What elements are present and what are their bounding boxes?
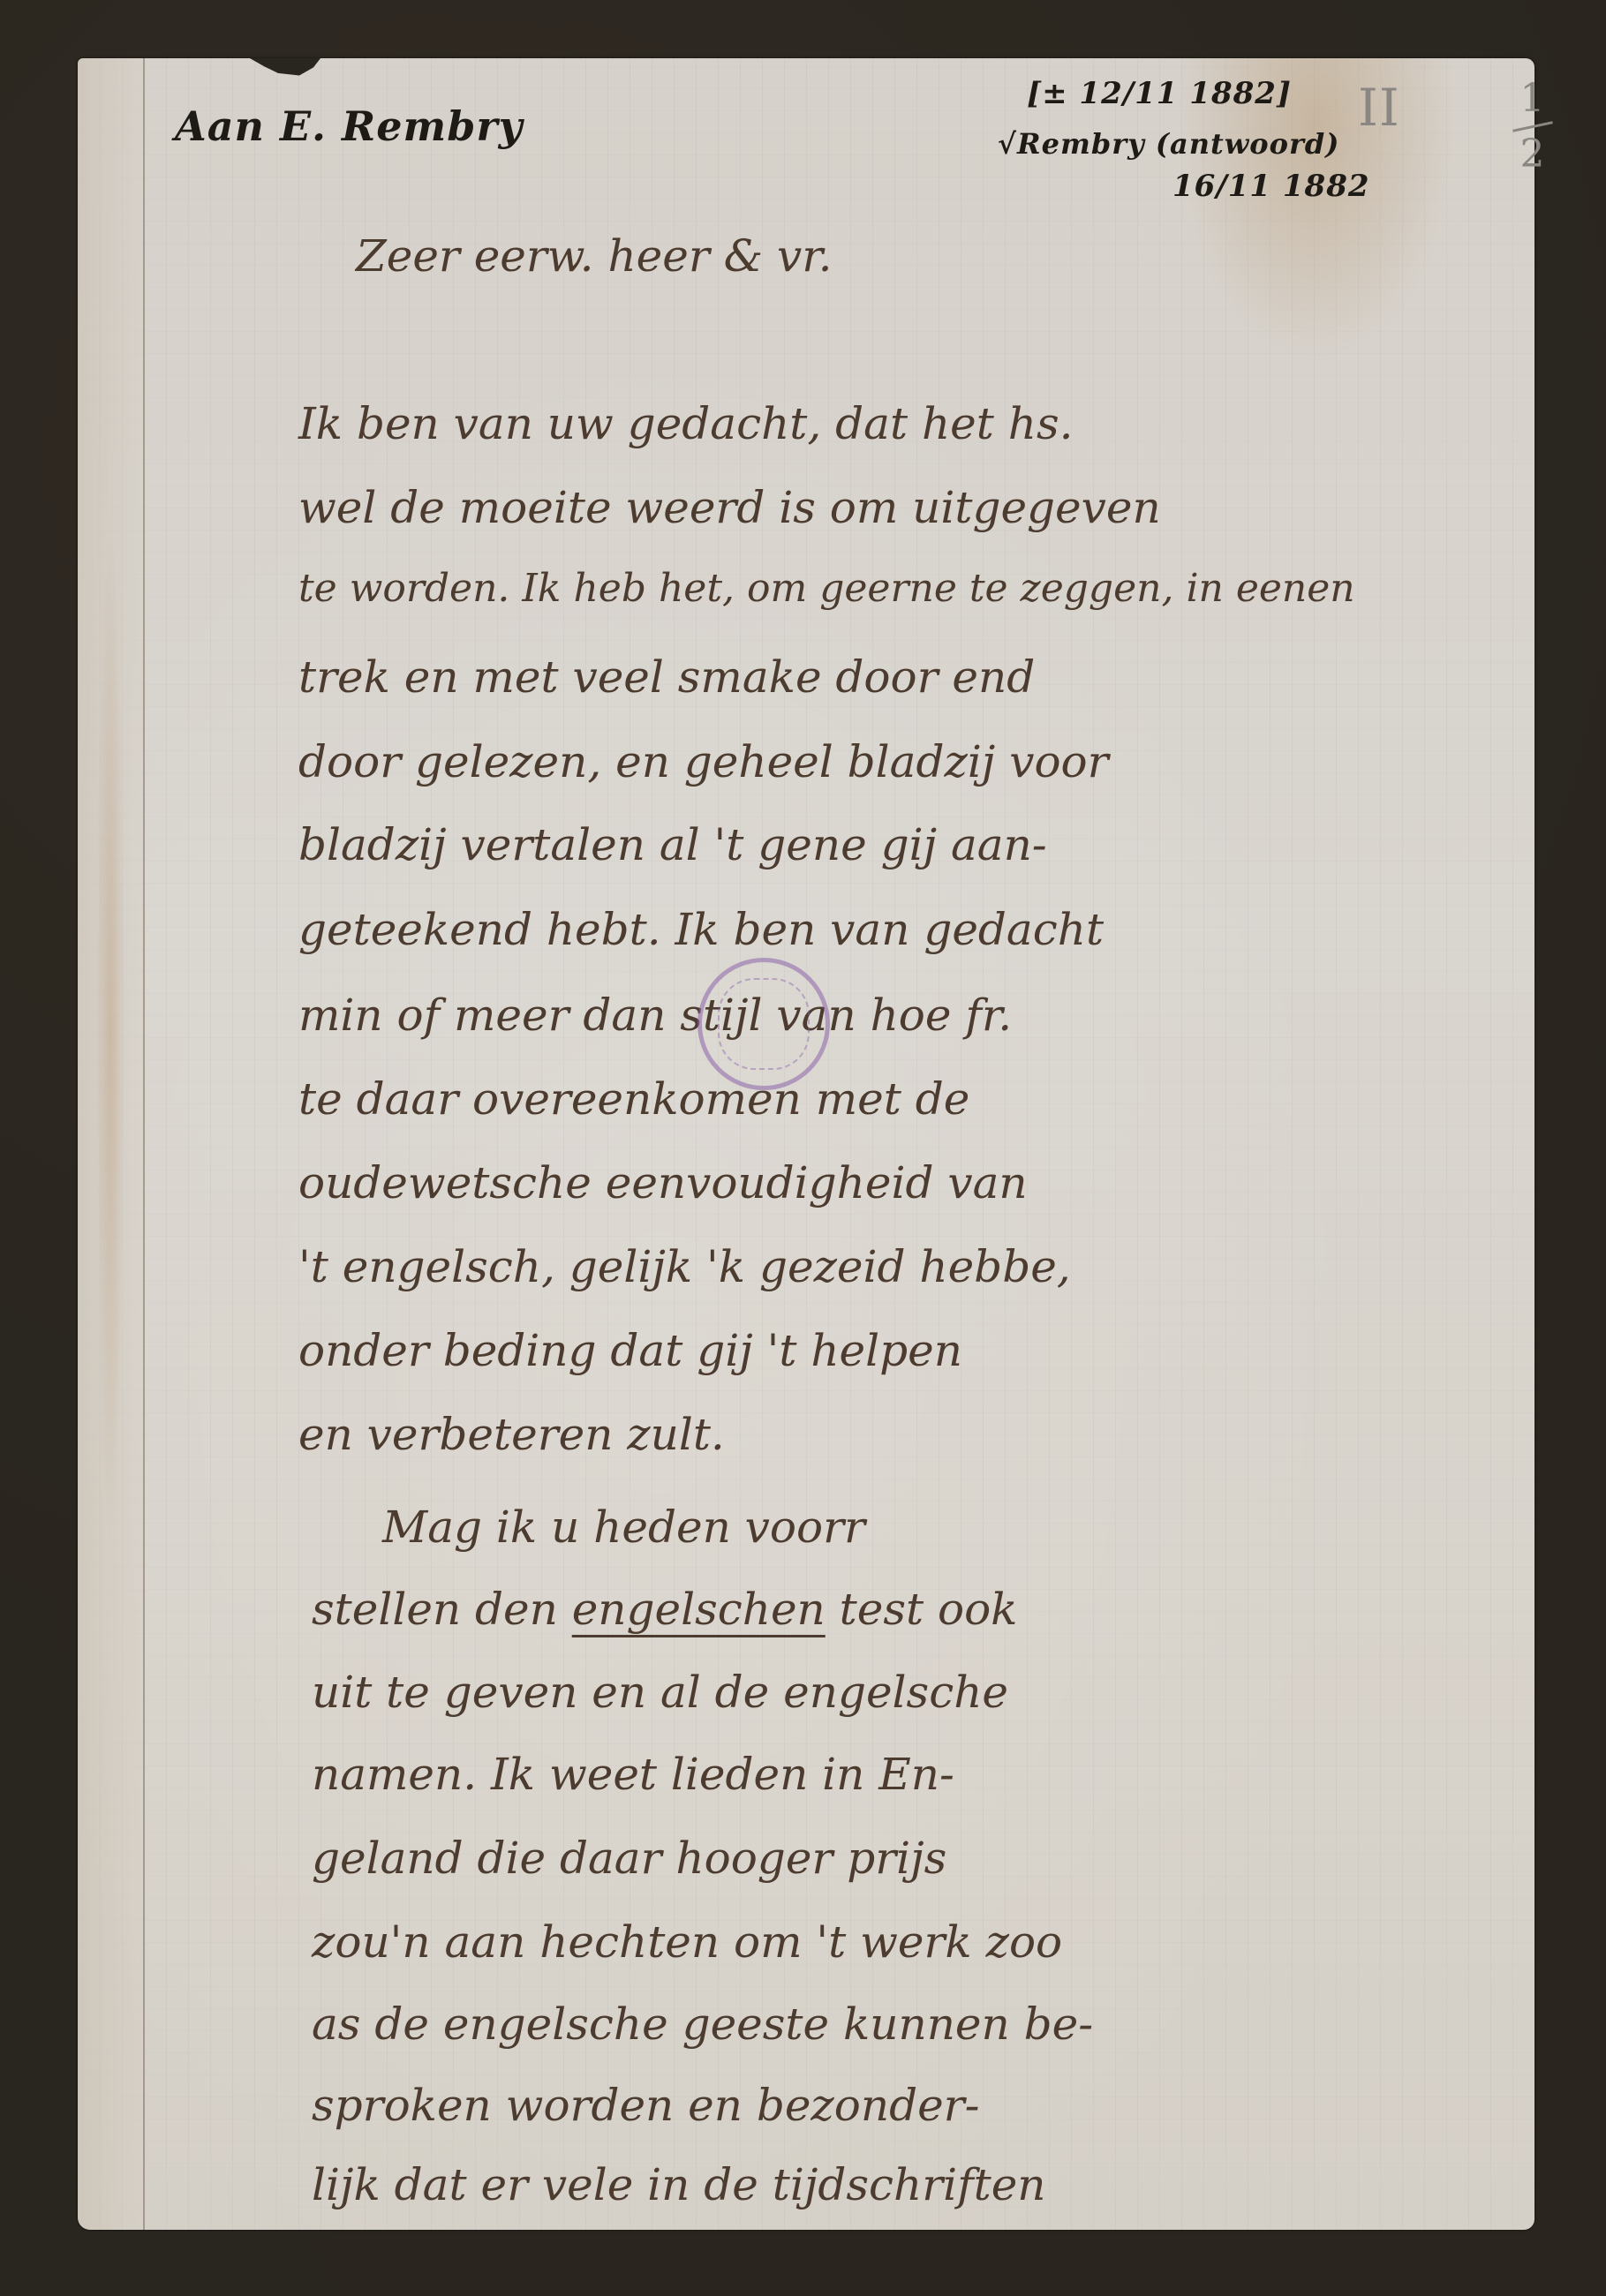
addressee: Aan E. Rembry [175,102,523,150]
letter-line: te daar overeenkomen met de [298,1073,969,1125]
letter-line: min of meer dan stijl van hoe fr. [298,990,1012,1041]
letter-line: trek en met veel smake door end [298,651,1035,703]
letter-line: zou'n aan hechten om 't werk zoo [312,1916,1062,1968]
fraction-bar [1512,121,1553,132]
letter-line: en verbeteren zult. [298,1409,725,1460]
letter-line: bladzij vertalen al 't gene gij aan- [298,819,1047,870]
letter-line: namen. Ik weet lieden in En- [312,1749,954,1800]
letter-line: onder beding dat gij 't helpen [298,1325,962,1376]
letter-page: Aan E. Rembry [± 12/11 1882] √Rembry (an… [78,58,1534,2230]
library-stamp-icon [697,958,830,1090]
fraction-numerator: 1 [1520,76,1546,121]
torn-notch [250,58,320,81]
letter-line: wel de moeite weerd is om uitgegeven [298,482,1161,533]
stamp-emblem [718,978,810,1070]
pencil-volume-number: II [1358,78,1400,138]
letter-line: geteekend hebt. Ik ben van gedacht [298,904,1104,955]
letter-line: geland die daar hooger prijs [312,1833,946,1884]
salutation: Zeer eerw. heer & vr. [356,230,833,282]
letter-line: Mag ik u heden voorr [382,1502,865,1553]
letter-line: as de engelsche geeste kunnen be- [312,1999,1093,2050]
letter-line-with-underline: stellen den engelschen test ook [312,1584,1017,1635]
letter-line: sproken worden en bezonder- [312,2080,979,2131]
letter-line: oudewetsche eenvoudigheid van [298,1157,1028,1208]
letter-line: lijk dat er vele in de tijdschriften [312,2159,1046,2210]
letter-line: Ik ben van uw gedacht, dat het hs. [298,398,1074,449]
line-prefix: stellen den [312,1584,572,1635]
line-suffix: test ook [826,1584,1018,1635]
reply-date-annotation: 16/11 1882 [1172,169,1370,204]
letter-line: 't engelsch, gelijk 'k gezeid hebbe, [298,1241,1071,1292]
fraction-denominator: 2 [1520,132,1546,177]
reply-note-annotation: √Rembry (antwoord) [998,127,1339,161]
letter-line: te worden. Ik heb het, om geerne te zegg… [298,566,1355,611]
letter-line: door gelezen, en geheel bladzij voor [298,736,1109,787]
underlined-word: engelschen [572,1584,826,1635]
letter-line: uit te geven en al de engelsche [312,1667,1008,1718]
date-estimate-annotation: [± 12/11 1882] [1027,76,1292,111]
left-fold-margin [78,58,145,2230]
pencil-page-fraction: 1 2 [1512,74,1553,179]
